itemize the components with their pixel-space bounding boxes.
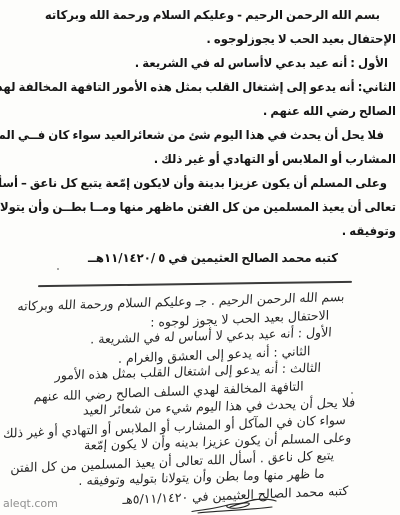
- signature-scribble-icon: [188, 497, 280, 515]
- scanned-document-page: بسم الله الرحمن الرحيم - وعليكم السلام و…: [0, 0, 400, 515]
- scan-speck: [57, 268, 59, 270]
- printed-basmala-greeting-line: بسم الله الرحمن الرحيم - وعليكم السلام و…: [13, 3, 380, 27]
- watermark: aleqt.com: [3, 497, 58, 510]
- section-divider-line: [38, 281, 352, 287]
- printed-reason-2-line: الثاني: أنه يدعو إلى إشتغال القلب بمثل ه…: [14, 75, 396, 99]
- printed-advice-end-line: وتوفيقه .: [14, 219, 396, 243]
- printed-reason-2-cont-line: الصالح رضي الله عنهم .: [14, 99, 396, 123]
- printed-advice-line: وعلى المسلم أن يكون عزيزا بدينة وأن لايك…: [14, 171, 387, 195]
- printed-text-block: بسم الله الرحمن الرحيم - وعليكم السلام و…: [2, 3, 396, 270]
- printed-advice-cont-line: تعالى أن يعيذ المسلمين من كل الفتن ماظهر…: [14, 195, 396, 219]
- printed-author-date-line: كتبه محمد الصالح العثيمين في ٥ /١١/١٤٢٠ه…: [12, 246, 338, 270]
- printed-prohibition-line: فلا يحل أن يحدث في هذا اليوم شئ من شعائر…: [13, 123, 384, 147]
- printed-ruling-line: الإحتفال بعيد الحب لا يجوزلوجوه .: [14, 27, 396, 51]
- printed-prohibition-cont-line: المشارب أو الملابس أو التهادي أو غير ذلك…: [14, 147, 396, 171]
- printed-reason-1-line: الأول : أنه عيد بدعي لاأساس له في الشريع…: [14, 51, 388, 75]
- handwritten-text-block: بسم الله الرحمن الرحيم . جـ وعليكم السلا…: [0, 286, 400, 511]
